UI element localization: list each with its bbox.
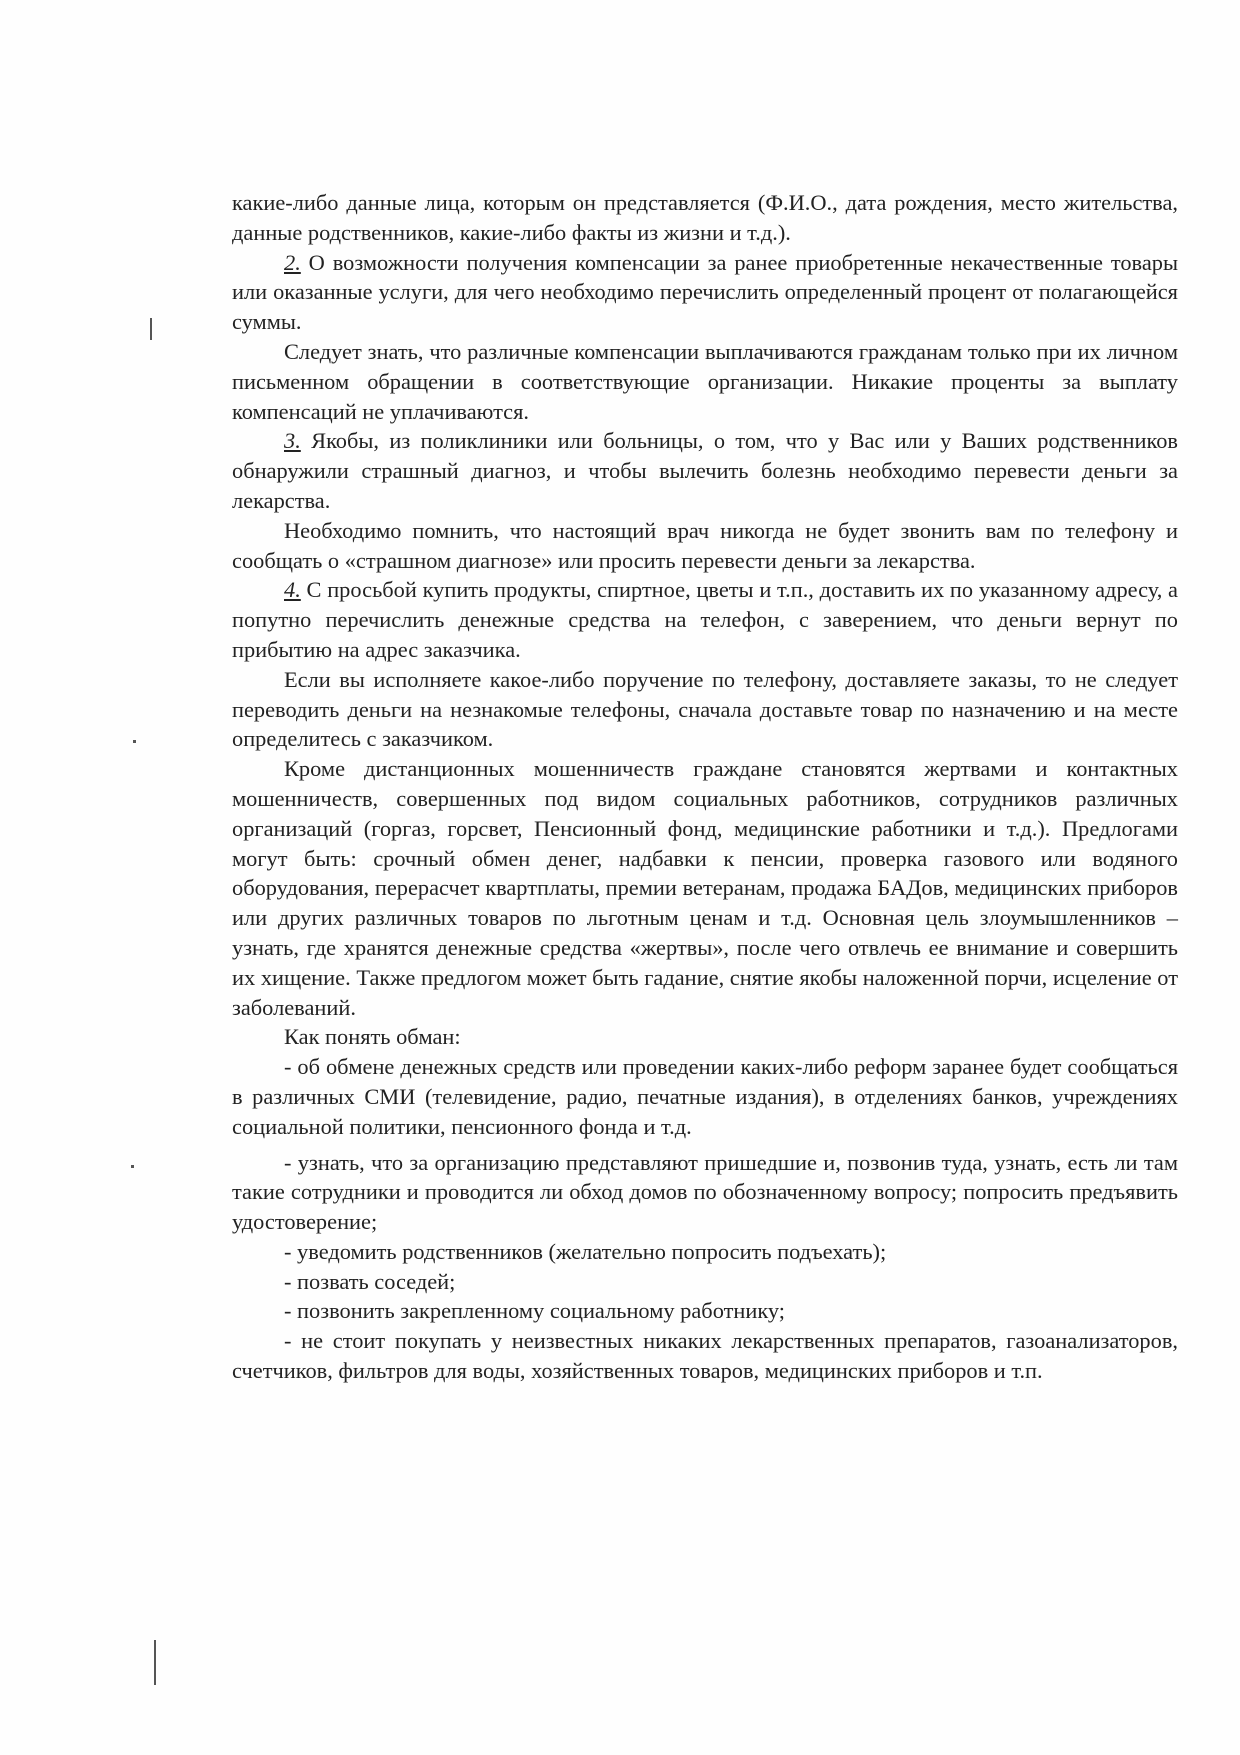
list-item: - узнать, что за организацию представляю…	[232, 1148, 1178, 1237]
paragraph-text: Если вы исполняете какое-либо поручение …	[232, 667, 1178, 752]
paragraph-text: Якобы, из поликлиники или больницы, о то…	[232, 428, 1178, 513]
item-number: 4.	[284, 577, 301, 602]
list-item: - не стоит покупать у неизвестных никаки…	[232, 1326, 1178, 1386]
paragraph: Необходимо помнить, что настоящий врач н…	[232, 516, 1178, 576]
paragraph-text: О возможности получения компенсации за р…	[232, 250, 1178, 335]
item-number: 2.	[284, 250, 301, 275]
paragraph-text: - позвать соседей;	[284, 1269, 455, 1294]
scan-mark	[150, 318, 152, 340]
numbered-item-3: 3. Якобы, из поликлиники или больницы, о…	[232, 426, 1178, 515]
paragraph-text: Необходимо помнить, что настоящий врач н…	[232, 518, 1178, 573]
paragraph: Кроме дистанционных мошенничеств граждан…	[232, 754, 1178, 1022]
item-number: 3.	[284, 428, 301, 453]
numbered-item-2: 2. О возможности получения компенсации з…	[232, 248, 1178, 337]
paragraph: какие-либо данные лица, которым он предс…	[232, 188, 1178, 248]
scan-mark	[133, 740, 136, 743]
scan-mark	[154, 1640, 156, 1685]
document-body: какие-либо данные лица, которым он предс…	[232, 188, 1178, 1386]
list-item: - об обмене денежных средств или проведе…	[232, 1052, 1178, 1141]
section-heading: Как понять обман:	[232, 1022, 1178, 1052]
scan-mark	[131, 1165, 134, 1168]
numbered-item-4: 4. С просьбой купить продукты, спиртное,…	[232, 575, 1178, 664]
scanned-page: какие-либо данные лица, которым он предс…	[0, 0, 1240, 1755]
paragraph-text: Как понять обман:	[284, 1024, 461, 1049]
paragraph-text: Следует знать, что различные компенсации…	[232, 339, 1178, 424]
paragraph-text: - узнать, что за организацию представляю…	[232, 1150, 1178, 1235]
paragraph-text: - уведомить родственников (желательно по…	[284, 1239, 886, 1264]
paragraph-text: - об обмене денежных средств или проведе…	[232, 1054, 1178, 1139]
paragraph: Следует знать, что различные компенсации…	[232, 337, 1178, 426]
paragraph-text: С просьбой купить продукты, спиртное, цв…	[232, 577, 1178, 662]
paragraph: Если вы исполняете какое-либо поручение …	[232, 665, 1178, 754]
paragraph-text: Кроме дистанционных мошенничеств граждан…	[232, 756, 1178, 1019]
list-item: - уведомить родственников (желательно по…	[232, 1237, 1178, 1267]
paragraph-text: - позвонить закрепленному социальному ра…	[284, 1298, 785, 1323]
list-item: - позвать соседей;	[232, 1267, 1178, 1297]
paragraph-text: - не стоит покупать у неизвестных никаки…	[232, 1328, 1178, 1383]
list-item: - позвонить закрепленному социальному ра…	[232, 1296, 1178, 1326]
paragraph-text: какие-либо данные лица, которым он предс…	[232, 190, 1178, 245]
